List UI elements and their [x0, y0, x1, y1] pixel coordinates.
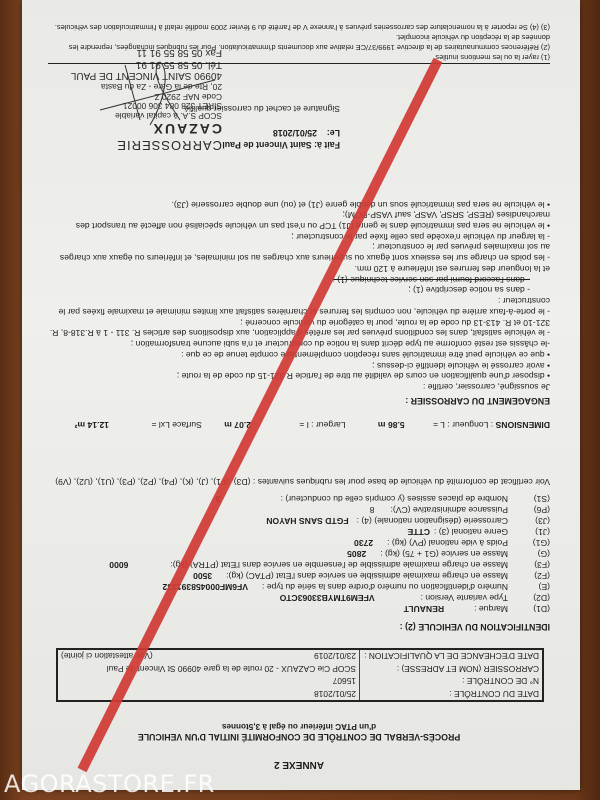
control-number-value: 15607 [57, 675, 360, 688]
handwritten-signature [90, 60, 220, 130]
vehicle-row-e: (E)Numéro d'identification ou numéro d'o… [48, 581, 550, 592]
vehicle-row-s1: (S1)Nombre de places assises (y compris … [48, 493, 550, 504]
document-title: PROCÈS-VERBAL DE CONTRÔLE DE CONFORMITÉ … [48, 722, 550, 742]
engagement-section: ENGAGEMENT DU CARROSSIER : Je soussigné,… [48, 199, 550, 406]
vehicle-row-j1: (J1)Genre national (3) :CTTE [48, 526, 550, 537]
qualification-expiry-value: 23/01/2019 [314, 652, 356, 662]
conformity-note: Voir certificat de conformité du véhicul… [48, 476, 550, 487]
watermark: AGORASTORE.FR [4, 770, 215, 798]
vehicle-row-f2: (F2)Masse en charge maximale admissible … [48, 570, 550, 581]
vehicle-row-j3: (J3)Carrosserie (désignation nationale) … [48, 515, 550, 526]
engagement-bullet: • le véhicule ne sera pas immatriculé da… [48, 210, 550, 231]
engagement-sub-item: - dans sa notice descriptive (1) ; [48, 285, 550, 296]
vehicle-identification: (D1)Marque :RENAULT (D2)Type variante Ve… [48, 476, 550, 614]
footnote: (3) (4) Se reporter à la nomenclature de… [48, 22, 550, 32]
table-row: CARROSSIER (nom et adresse) : SCOP Cie C… [57, 663, 543, 676]
control-info-table: DATE DU CONTRÔLE : 25/01/2018 N° DE CONT… [56, 648, 544, 702]
engagement-item: - la largeur du véhicule n'excède pas ce… [48, 231, 550, 242]
engagement-sub-item-struck: - dans l'accord fourni par son service t… [48, 274, 550, 285]
carrossier-label: CARROSSIER (nom et adresse) : [360, 663, 544, 676]
table-row: DATE DU CONTRÔLE : 25/01/2018 [57, 688, 543, 702]
control-date-label: DATE DU CONTRÔLE : [360, 688, 544, 702]
engagement-item: - le véhicule satisfait, dans les condit… [48, 317, 550, 338]
engagement-item: -le châssis est resté conforme au type d… [48, 338, 550, 349]
footnote: (1) rayer la ou les mentions inutiles [48, 52, 550, 62]
footnote: (2) Références communautaires de la dire… [48, 32, 550, 52]
vehicle-row-g1: (G1)Poids à vide national (PV) (kg) :273… [48, 537, 550, 548]
carrossier-value: SCOP Cie CAZAUX - 20 route de la gare 40… [57, 663, 360, 676]
control-number-label: N° DE CONTRÔLE : [360, 675, 544, 688]
engagement-intro: Je soussigné, carrossier, certifie : [48, 381, 550, 392]
dimensions-row: DIMENSIONS : Longueur : L = 5.86 m Large… [48, 419, 550, 430]
vehicle-row-p6: (P6)Puissance administrative (CV):8 [48, 504, 550, 515]
title-line-2: d'un PTAC inférieur ou égal à 3,5tonnes [48, 722, 550, 732]
document-paper: ANNEXE 2 PROCÈS-VERBAL DE CONTRÔLE DE CO… [22, 0, 580, 790]
engagement-bullet: • avoir carrossé le véhicule identifié c… [48, 360, 550, 371]
table-row: N° DE CONTRÔLE : 15607 [57, 675, 543, 688]
length-value: 5.86 m [378, 419, 405, 430]
signature-block: Fait à: Saint Vincent de Paul Le: 25/01/… [48, 80, 550, 150]
document-content-upside-down: ANNEXE 2 PROCÈS-VERBAL DE CONTRÔLE DE CO… [22, 0, 580, 790]
engagement-after-sub: et la longueur des ferrures est inférieu… [48, 263, 550, 274]
fait-a: Fait à: Saint Vincent de Paul [222, 139, 340, 150]
width-value: 2.07 m [224, 419, 251, 430]
engagement-item: - le porte-à-faux arrière du véhicule, n… [48, 295, 550, 316]
vehicle-row-f3: (F3)Masse en charge maximale admissible … [48, 559, 550, 570]
table-row: DATE D'ECHEANCE DE LA QUALIFICATION : 23… [57, 649, 543, 663]
annex-heading: ANNEXE 2 [48, 758, 550, 771]
engagement-bullet: • que ce véhicule peut être immatriculé … [48, 349, 550, 360]
width-label: Largeur : l = [299, 419, 345, 430]
vehicle-section-title: IDENTIFICATION DU VEHICULE (2) : [400, 621, 550, 632]
engagement-title: ENGAGEMENT DU CARROSSIER : [48, 395, 550, 406]
footnote-divider [48, 63, 550, 64]
title-line-1: PROCÈS-VERBAL DE CONTRÔLE DE CONFORMITÉ … [48, 731, 550, 742]
engagement-item: - les poids en charge sur les essieux so… [48, 242, 550, 263]
control-date-value: 25/01/2018 [57, 688, 360, 702]
vehicle-row-g: (G)Masse en service (G1 + 75) (kg) :2805 [48, 548, 550, 559]
surface-value: 12.14 m² [75, 419, 109, 430]
length-label: : Longueur : L = [433, 419, 493, 430]
fait-le: Le: 25/01/2018 [222, 127, 340, 138]
engagement-bullet: • le véhicule ne sera pas immatriculé so… [48, 199, 550, 210]
footnotes: (1) rayer la ou les mentions inutiles (2… [48, 22, 550, 62]
attestation-note: (Voir attestation ci jointe) [61, 651, 153, 662]
qualification-expiry-label: DATE D'ECHEANCE DE LA QUALIFICATION : [360, 649, 544, 663]
dimensions-label: DIMENSIONS [496, 419, 550, 430]
surface-label: Surface Lxl = [151, 419, 201, 430]
engagement-bullet: • disposer d'une qualification en cours … [48, 371, 550, 382]
vehicle-row-d1: (D1)Marque :RENAULT [48, 603, 550, 614]
vehicle-row-d2: (D2)Type variante Version :VFEM9TMYB3306… [48, 592, 550, 603]
